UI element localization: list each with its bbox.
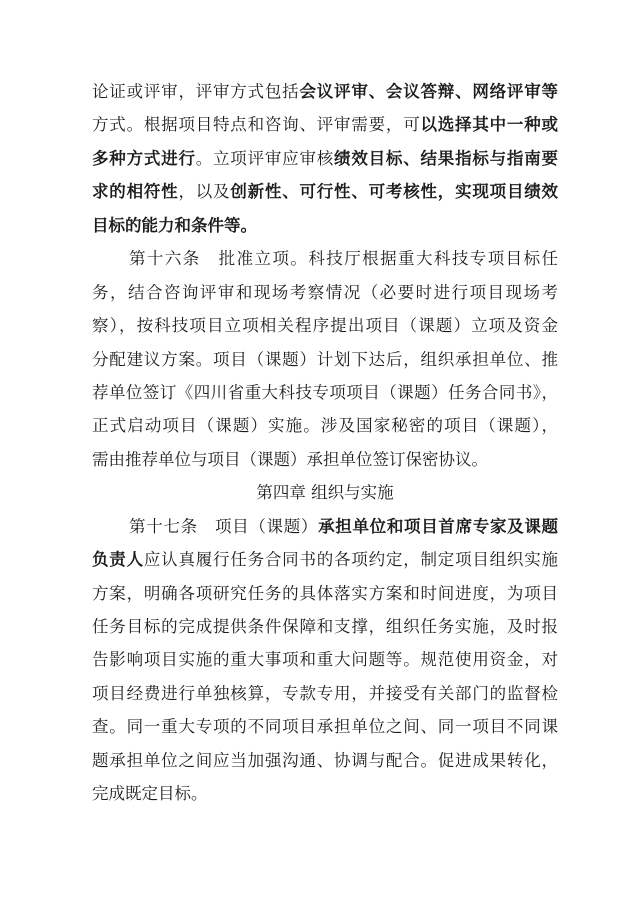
bold-text-segment: 求的相符性: [92, 182, 178, 201]
text-segment: 荐单位签订《四川省重大科技专项项目（课题）任务合同书》，: [92, 383, 558, 402]
text-line: 完成既定目标。: [92, 777, 558, 810]
text-line: 方式。根据项目特点和咨询、评审需要，可以选择其中一种或: [92, 108, 558, 141]
bold-text-segment: 多种方式进行: [92, 149, 196, 168]
text-line: 需由推荐单位与项目（课题）承担单位签订保密协议。: [92, 443, 558, 476]
chapter-heading: 第四章 组织与实施: [92, 476, 558, 509]
bold-text-segment: 负责人: [92, 550, 144, 569]
text-line: 荐单位签订《四川省重大科技专项项目（课题）任务合同书》，: [92, 376, 558, 409]
text-line: 第十七条 项目（课题）承担单位和项目首席专家及课题: [92, 510, 558, 543]
text-line: 正式启动项目（课题）实施。涉及国家秘密的项目（课题），: [92, 409, 558, 442]
text-segment: 查。同一重大专项的不同项目承担单位之间、同一项目不同课: [92, 717, 558, 736]
text-line: 多种方式进行。立项评审应审核绩效目标、结果指标与指南要: [92, 142, 558, 175]
text-line: 任务目标的完成提供条件保障和支撑，组织任务实施，及时报: [92, 610, 558, 643]
text-line: 项目经费进行单独核算，专款专用，并接受有关部门的监督检: [92, 677, 558, 710]
text-segment: 第四章 组织与实施: [256, 483, 393, 502]
text-line: 分配建议方案。项目（课题）计划下达后，组织承担单位、推: [92, 343, 558, 376]
text-line: 题承担单位之间应当加强沟通、协调与配合。促进成果转化，: [92, 744, 558, 777]
text-line: 告影响项目实施的重大事项和重大问题等。规范使用资金，对: [92, 643, 558, 676]
text-segment: 方案，明确各项研究任务的具体落实方案和时间进度，为项目: [92, 584, 558, 603]
text-line: 方案，明确各项研究任务的具体落实方案和时间进度，为项目: [92, 577, 558, 610]
text-segment: 第十六条 批准立项。科技厅根据重大科技专项目标任: [129, 249, 558, 268]
text-line: 论证或评审，评审方式包括会议评审、会议答辩、网络评审等: [92, 75, 558, 108]
text-segment: 正式启动项目（课题）实施。涉及国家秘密的项目（课题），: [92, 416, 558, 435]
text-segment: 论证或评审，评审方式包括: [92, 82, 299, 101]
text-segment: 方式。根据项目特点和咨询、评审需要，可: [92, 115, 420, 134]
text-line: 察），按科技项目立项相关程序提出项目（课题）立项及资金: [92, 309, 558, 342]
bold-text-segment: 会议评审、会议答辩、网络评审等: [299, 82, 558, 101]
text-line: 第十六条 批准立项。科技厅根据重大科技专项目标任: [92, 242, 558, 275]
text-segment: 应认真履行任务合同书的各项约定，制定项目组织实施: [144, 550, 558, 569]
text-segment: 第十七条 项目（课题）: [129, 517, 318, 536]
text-segment: 需由推荐单位与项目（课题）承担单位签订保密协议。: [92, 450, 488, 469]
text-segment: 项目经费进行单独核算，专款专用，并接受有关部门的监督检: [92, 684, 558, 703]
text-segment: 任务目标的完成提供条件保障和支撑，组织任务实施，及时报: [92, 617, 558, 636]
bold-text-segment: 目标的能力和条件等。: [92, 216, 257, 235]
bold-text-segment: 以选择其中一种或: [420, 115, 558, 134]
bold-text-segment: 创新性、可行性、可考核性，实现项目绩效: [230, 182, 558, 201]
text-segment: 告影响项目实施的重大事项和重大问题等。规范使用资金，对: [92, 650, 558, 669]
document-body: 论证或评审，评审方式包括会议评审、会议答辩、网络评审等方式。根据项目特点和咨询、…: [92, 75, 558, 811]
text-line: 负责人应认真履行任务合同书的各项约定，制定项目组织实施: [92, 543, 558, 576]
text-segment: 务，结合咨询评审和现场考察情况（必要时进行项目现场考: [92, 283, 558, 302]
bold-text-segment: 承担单位和项目首席专家及课题: [318, 517, 558, 536]
text-line: 务，结合咨询评审和现场考察情况（必要时进行项目现场考: [92, 276, 558, 309]
bold-text-segment: 绩效目标、结果指标与指南要: [334, 149, 558, 168]
text-segment: 完成既定目标。: [92, 784, 208, 803]
text-line: 目标的能力和条件等。: [92, 209, 558, 242]
text-segment: 察），按科技项目立项相关程序提出项目（课题）立项及资金: [92, 316, 558, 335]
document-page: 论证或评审，评审方式包括会议评审、会议答辩、网络评审等方式。根据项目特点和咨询、…: [0, 0, 636, 900]
text-segment: ，以及: [178, 182, 230, 201]
text-segment: 题承担单位之间应当加强沟通、协调与配合。促进成果转化，: [92, 751, 558, 770]
text-line: 查。同一重大专项的不同项目承担单位之间、同一项目不同课: [92, 710, 558, 743]
text-segment: 分配建议方案。项目（课题）计划下达后，组织承担单位、推: [92, 350, 558, 369]
text-segment: 。立项评审应审核: [196, 149, 334, 168]
text-line: 求的相符性，以及创新性、可行性、可考核性，实现项目绩效: [92, 175, 558, 208]
